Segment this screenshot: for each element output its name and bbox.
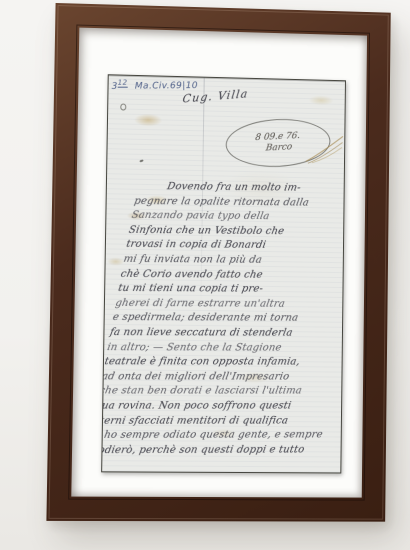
letter-line: mi fu inviata non la più da [122,253,346,269]
letter-line: in altro; — Sento che la Stagione [106,341,335,356]
letter-line: chè Corio avendo fatto che [119,267,346,283]
pen-flourish [302,134,346,165]
postmark-place: Barco [265,142,293,154]
letter-line: tu mi tieni una copia ti pre- [117,282,345,298]
photo-background: 312 Ma.Civ.69|10 Cug. Villa 8 09.e 76. B… [0,0,410,550]
framed-artwork: 312 Ma.Civ.69|10 Cug. Villa 8 09.e 76. B… [46,3,390,522]
letter-line: e spedirmela; desiderante mi torna [111,311,339,326]
letter-body: Dovendo fra un molto im- pegnare la opal… [101,180,346,459]
ink-speck [139,159,143,162]
letter-line: sua rovina. Non poco soffrono questi [101,399,324,414]
letter-line: trovasi in copia di Bonardi [125,238,346,254]
archival-annotation: 312 Ma.Civ.69|10 [111,78,198,92]
letter-paper: 312 Ma.Civ.69|10 Cug. Villa 8 09.e 76. B… [101,74,346,473]
letter-line: eterni sfacciati mentitori di qualifica [101,414,321,429]
letter-line: fa non lieve seccatura di stenderla [109,326,338,341]
archival-number-superscript: 12 [118,79,128,88]
letter-line: ad onta dei migliori dell'Impresario [101,370,329,385]
letter-line: Sanzando pavia typo della [130,209,346,226]
letter-line: teatrale è finita con opposta infamia, [103,355,332,370]
letter-line: che stan ben dorati e lasciarsi l'ultima [101,385,327,400]
letter-line: gherei di farne estrarre un'altra [114,297,342,313]
letter-line: io ho sempre odiato questa gente, e semp… [101,428,319,443]
letter-line: li odierò, perchè son questi doppi e tut… [101,443,316,458]
mat-board: 312 Ma.Civ.69|10 Cug. Villa 8 09.e 76. B… [71,28,367,498]
archival-code: Ma.Civ.69|10 [135,81,198,92]
hole-mark [120,103,126,110]
picture-frame: 312 Ma.Civ.69|10 Cug. Villa 8 09.e 76. B… [46,3,390,522]
